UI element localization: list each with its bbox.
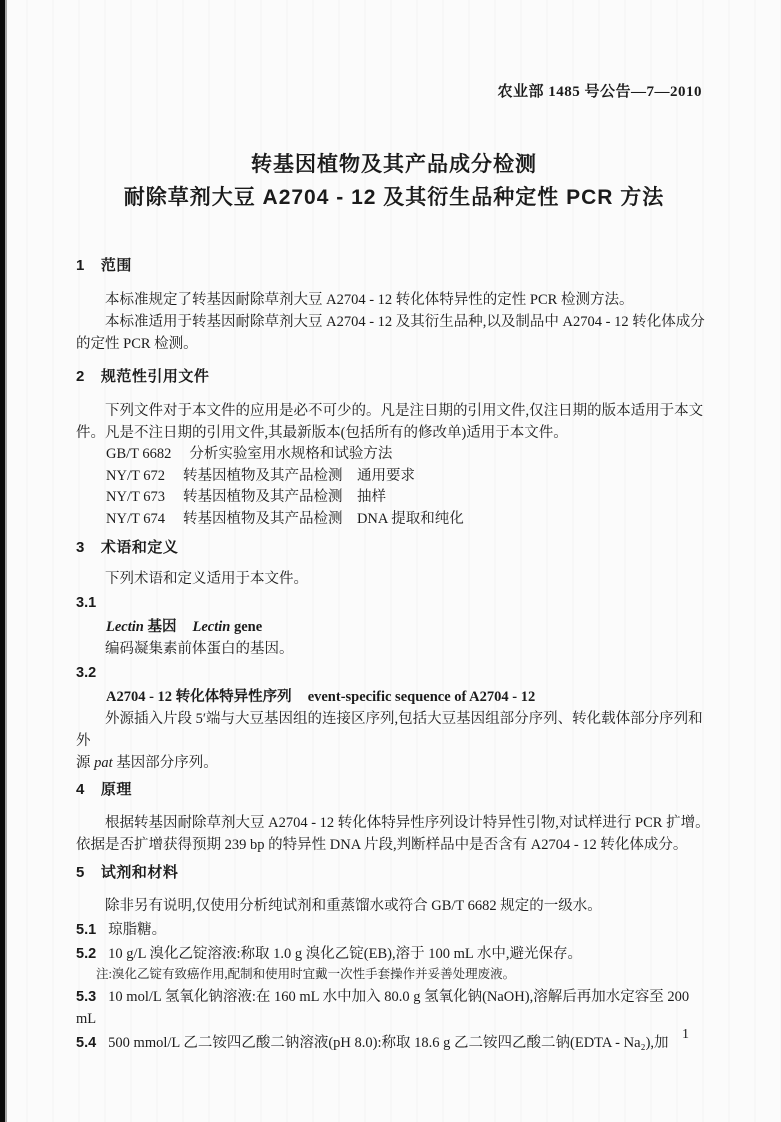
term-3-2-definition-line-1: 外源插入片段 5′端与大豆基因组的连接区序列,包括大豆基因组部分序列、转化载体部…: [76, 708, 712, 752]
scope-paragraph-2-line-1: 本标准适用于转基因耐除草剂大豆 A2704 - 12 及其衍生品种,以及制品中 …: [76, 311, 712, 333]
reference-item: NY/T 674转基因植物及其产品检测 DNA 提取和纯化: [106, 509, 712, 531]
principle-line-2: 依据是否扩增获得预期 239 bp 的特异性 DNA 片段,判断样品中是否含有 …: [76, 834, 712, 856]
term-3-1-cn-italic: Lectin: [106, 619, 144, 635]
reference-description: 转基因植物及其产品检测 抽样: [183, 489, 386, 505]
title-line-1: 转基因植物及其产品成分检测: [76, 148, 712, 181]
section-4-title: 原理: [101, 781, 132, 798]
section-principle: 4原理 根据转基因耐除草剂大豆 A2704 - 12 转化体特异性序列设计特异性…: [76, 782, 712, 856]
item-5-1-text: 琼脂糖。: [108, 922, 166, 938]
section-2-title: 规范性引用文件: [101, 368, 210, 385]
term-3-2-definition-line-2: 源 pat 基因部分序列。: [76, 752, 712, 774]
scope-paragraph-2-line-2: 的定性 PCR 检测。: [76, 333, 712, 355]
principle-line-1: 根据转基因耐除草剂大豆 A2704 - 12 转化体特异性序列设计特异性引物,对…: [76, 812, 712, 834]
item-5-3-number: 5.3: [76, 986, 96, 1008]
reference-code: NY/T 673: [106, 487, 165, 509]
reagent-item-5-3: 5.310 mol/L 氢氧化钠溶液:在 160 mL 水中加入 80.0 g …: [76, 986, 712, 1030]
term-3-1-cn: 基因: [144, 619, 177, 635]
section-5-title: 试剂和材料: [101, 864, 179, 881]
section-scope: 1范围 本标准规定了转基因耐除草剂大豆 A2704 - 12 转化体特异性的定性…: [76, 258, 712, 355]
reference-item: NY/T 673转基因植物及其产品检测 抽样: [106, 487, 712, 509]
page-content: 农业部 1485 号公告—7—2010 转基因植物及其产品成分检测 耐除草剂大豆…: [0, 0, 781, 1054]
reagents-intro: 除非另有说明,仅使用分析纯试剂和重蒸馏水或符合 GB/T 6682 规定的一级水…: [76, 895, 712, 917]
section-4-number: 4: [76, 782, 85, 798]
section-5-number: 5: [76, 865, 85, 881]
term-3-1-name: Lectin 基因Lectin gene: [106, 616, 712, 638]
section-reagents-materials: 5试剂和材料 除非另有说明,仅使用分析纯试剂和重蒸馏水或符合 GB/T 6682…: [76, 865, 712, 1054]
section-terms-definitions: 3术语和定义 下列术语和定义适用于本文件。 3.1 Lectin 基因Lecti…: [76, 540, 712, 774]
section-1-number: 1: [76, 258, 85, 274]
item-5-4-number: 5.4: [76, 1032, 96, 1054]
page-number: 1: [682, 1028, 689, 1042]
section-4-heading: 4原理: [76, 782, 712, 798]
scanned-document-page: 农业部 1485 号公告—7—2010 转基因植物及其产品成分检测 耐除草剂大豆…: [0, 0, 781, 1122]
reference-code: NY/T 672: [106, 466, 165, 488]
title-line-2: 耐除草剂大豆 A2704 - 12 及其衍生品种定性 PCR 方法: [76, 181, 712, 214]
term-3-1-en: gene: [230, 619, 262, 635]
reagent-item-5-4: 5.4500 mmol/L 乙二铵四乙酸二钠溶液(pH 8.0):称取 18.6…: [76, 1032, 712, 1054]
definition-text: 基因部分序列。: [113, 755, 218, 771]
definition-text: 源: [76, 755, 94, 771]
item-5-2-text: 10 g/L 溴化乙锭溶液:称取 1.0 g 溴化乙锭(EB),溶于 100 m…: [108, 946, 582, 962]
section-normative-references: 2规范性引用文件 下列文件对于本文件的应用是必不可少的。凡是注日期的引用文件,仅…: [76, 369, 712, 530]
term-3-2-name: A2704 - 12 转化体特异性序列event-specific sequen…: [106, 686, 712, 708]
item-5-4-text: 500 mmol/L 乙二铵四乙酸二钠溶液(pH 8.0):称取 18.6 g …: [108, 1035, 668, 1051]
document-title: 转基因植物及其产品成分检测 耐除草剂大豆 A2704 - 12 及其衍生品种定性…: [76, 148, 712, 214]
reference-list: GB/T 6682分析实验室用水规格和试验方法 NY/T 672转基因植物及其产…: [106, 444, 712, 530]
item-5-3-text-line-2: mL: [76, 1008, 712, 1030]
section-3-heading: 3术语和定义: [76, 540, 712, 556]
reference-description: 转基因植物及其产品检测 DNA 提取和纯化: [183, 511, 464, 527]
term-3-2-en: event-specific sequence of A2704 - 12: [308, 689, 536, 705]
reagent-item-5-2: 5.210 g/L 溴化乙锭溶液:称取 1.0 g 溴化乙锭(EB),溶于 10…: [76, 943, 712, 965]
reference-item: NY/T 672转基因植物及其产品检测 通用要求: [106, 466, 712, 488]
reference-description: 分析实验室用水规格和试验方法: [189, 446, 392, 462]
item-5-2-number: 5.2: [76, 943, 96, 965]
term-3-1-number: 3.1: [76, 592, 712, 614]
section-3-title: 术语和定义: [101, 539, 179, 556]
item-5-3-text-line-1: 10 mol/L 氢氧化钠溶液:在 160 mL 水中加入 80.0 g 氢氧化…: [108, 989, 689, 1005]
section-1-title: 范围: [101, 257, 132, 274]
terms-intro: 下列术语和定义适用于本文件。: [76, 568, 712, 590]
header-notice: 农业部 1485 号公告—7—2010: [76, 82, 712, 102]
section-3-number: 3: [76, 540, 85, 556]
section-5-heading: 5试剂和材料: [76, 865, 712, 881]
scan-edge-shadow: [5, 0, 7, 1122]
reagent-item-5-1: 5.1琼脂糖。: [76, 919, 712, 941]
reference-item: GB/T 6682分析实验室用水规格和试验方法: [106, 444, 712, 466]
term-3-1-definition: 编码凝集素前体蛋白的基因。: [76, 638, 712, 660]
term-3-1-en-italic: Lectin: [192, 619, 230, 635]
reference-description: 转基因植物及其产品检测 通用要求: [183, 468, 415, 484]
reference-code: GB/T 6682: [106, 444, 171, 466]
term-3-2-number: 3.2: [76, 662, 712, 684]
reference-code: NY/T 674: [106, 509, 165, 531]
item-5-1-number: 5.1: [76, 919, 96, 941]
term-3-2-cn: A2704 - 12 转化体特异性序列: [106, 689, 292, 705]
section-2-heading: 2规范性引用文件: [76, 369, 712, 385]
references-intro-line-1: 下列文件对于本文件的应用是必不可少的。凡是注日期的引用文件,仅注日期的版本适用于…: [76, 400, 712, 422]
item-5-2-safety-note: 注:溴化乙锭有致癌作用,配制和使用时宜戴一次性手套操作并妥善处理废液。: [96, 965, 712, 984]
section-2-number: 2: [76, 369, 85, 385]
pat-gene-italic: pat: [94, 755, 113, 771]
section-1-heading: 1范围: [76, 258, 712, 274]
scope-paragraph-1: 本标准规定了转基因耐除草剂大豆 A2704 - 12 转化体特异性的定性 PCR…: [76, 289, 712, 311]
references-intro-line-2: 件。凡是不注日期的引用文件,其最新版本(包括所有的修改单)适用于本文件。: [76, 422, 712, 444]
